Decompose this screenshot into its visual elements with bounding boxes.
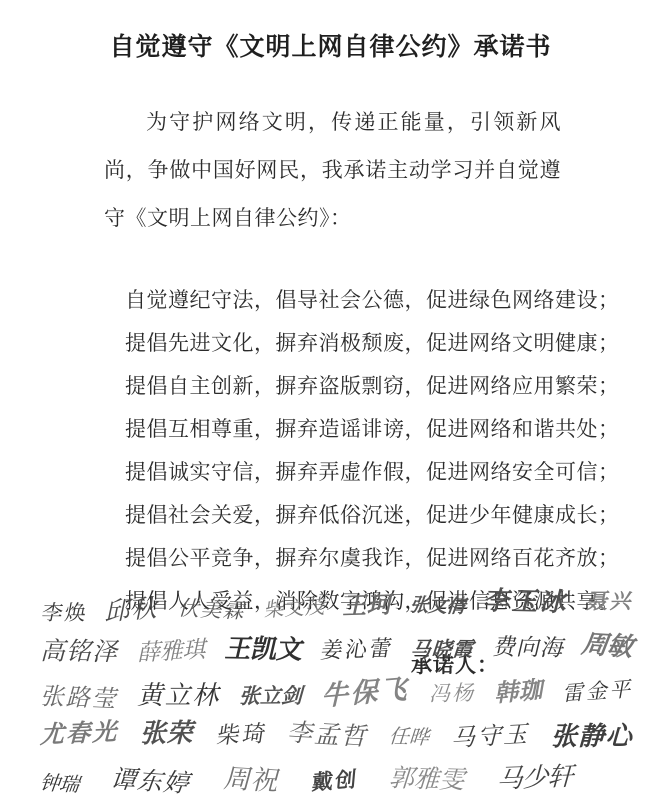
signature: 韩珈: [493, 669, 544, 708]
signature: 马守玉: [451, 714, 530, 753]
signature-row: 张路莹黄立林张立剑牛保飞冯杨韩珈雷金平: [40, 667, 634, 718]
signature: 周敏: [580, 624, 636, 664]
signature: 马晓霞: [410, 633, 475, 662]
signature: 李孟哲: [287, 713, 368, 754]
signature: 任晔: [388, 720, 430, 750]
signature: 张荣: [140, 713, 193, 750]
signature: 聂兴: [586, 585, 634, 615]
signature: 邱秋: [104, 588, 160, 628]
signature: 费向海: [492, 628, 564, 662]
signature: 王凯文: [223, 628, 301, 666]
signature-row: 高铭泽薛雅琪王凯文姜沁蕾马晓霞费向海周敏: [40, 625, 633, 674]
signature: 冯杨: [429, 677, 475, 708]
pledge-list: 自觉遵纪守法，倡导社会公德，促进绿色网络建设； 提倡先进文化，摒弃消极颓废，促进…: [0, 243, 661, 623]
signature: 戴创: [308, 763, 359, 796]
signature-row: 尤春光张荣柴琦李孟哲任晔马守玉张静心: [40, 712, 633, 759]
signature: 王珂: [342, 585, 392, 621]
intro-paragraph: 为守护网络文明，传递正能量，引领新风尚，争做中国好网民，我承诺主动学习并自觉遵守…: [0, 63, 661, 243]
pledge-line: 提倡社会关爱，摒弃低俗沉迷，促进少年健康成长；: [125, 494, 661, 537]
signature: 张文倩: [408, 590, 466, 619]
pledge-line: 提倡公平竞争，摒弃尔虞我诈，促进网络百花齐放；: [125, 537, 661, 580]
signature: 钟瑞: [38, 766, 80, 797]
signature: 周祝: [222, 756, 278, 798]
signature: 张路莹: [40, 676, 118, 714]
pledge-line: 提倡诚实守信，摒弃弄虚作假，促进网络安全可信；: [125, 451, 661, 494]
signature: 谭东婷: [109, 759, 192, 800]
signature: 李玉冰: [483, 580, 568, 619]
signature: 高铭泽: [40, 631, 119, 668]
pledge-line: 自觉遵纪守法，倡导社会公德，促进绿色网络建设；: [125, 279, 661, 322]
signature-row: 钟瑞谭东婷周祝戴创郭雅雯马少轩: [40, 754, 633, 800]
signature: 柴琦: [213, 715, 267, 750]
signature: 郭雅雯: [388, 758, 466, 796]
signature: 马少轩: [496, 756, 573, 796]
pledge-line: 提倡自主创新，摒弃盗版剽窃，促进网络应用繁荣；: [125, 365, 661, 408]
signature: 牛保飞: [321, 667, 409, 714]
signature: 尤春光: [40, 711, 120, 750]
pledge-line: 提倡互相尊重，摒弃造谣诽谤，促进网络和谐共处；: [125, 408, 661, 451]
signature: 张静心: [550, 715, 634, 753]
signature: 雷金平: [561, 673, 634, 708]
signature: 李焕: [39, 597, 87, 627]
signature: 姜沁蕾: [318, 632, 394, 665]
signatures: 李焕邱秋伏美霖柴文茂王珂张文倩李玉冰聂兴高铭泽薛雅琪王凯文姜沁蕾马晓霞费向海周敏…: [0, 585, 661, 800]
signature: 黄立林: [137, 675, 220, 712]
signature: 张立剑: [238, 680, 302, 710]
document-title: 自觉遵守《文明上网自律公约》承诺书: [0, 0, 661, 63]
signature: 薛雅琪: [136, 631, 205, 668]
pledge-document: 自觉遵守《文明上网自律公约》承诺书 为守护网络文明，传递正能量，引领新风尚，争做…: [0, 0, 661, 800]
signature: 柴文茂: [261, 590, 325, 622]
signature: 伏美霖: [177, 592, 245, 625]
pledge-line: 提倡先进文化，摒弃消极颓废，促进网络文明健康；: [125, 322, 661, 365]
